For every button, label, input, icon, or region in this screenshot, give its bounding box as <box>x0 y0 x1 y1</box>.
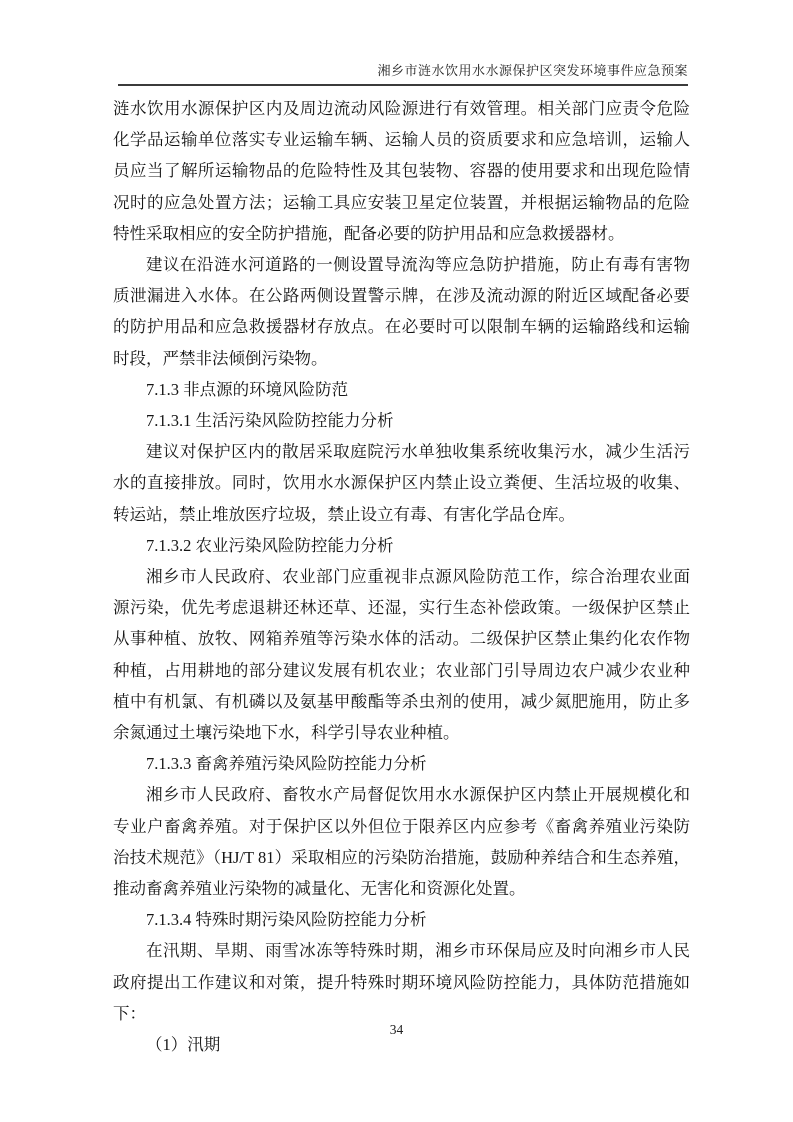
section-heading: 7.1.3 非点源的环境风险防范 <box>113 374 690 405</box>
paragraph: 在汛期、旱期、雨雪冰冻等特殊时期，湘乡市环保局应及时向湘乡市人民政府提出工作建议… <box>113 935 690 1029</box>
section-heading: 7.1.3.3 畜禽养殖污染风险防控能力分析 <box>113 748 690 779</box>
paragraph: 建议在沿涟水河道路的一侧设置导流沟等应急防护措施，防止有毒有害物质泄漏进入水体。… <box>113 249 690 374</box>
paragraph: 湘乡市人民政府、畜牧水产局督促饮用水水源保护区内禁止开展规模化和专业户畜禽养殖。… <box>113 779 690 904</box>
paragraph: 涟水饮用水源保护区内及周边流动风险源进行有效管理。相关部门应责令危险化学品运输单… <box>113 93 690 249</box>
section-heading: 7.1.3.1 生活污染风险防控能力分析 <box>113 405 690 436</box>
paragraph: 湘乡市人民政府、农业部门应重视非点源风险防范工作，综合治理农业面源污染，优先考虑… <box>113 561 690 748</box>
paragraph: 建议对保护区内的散居采取庭院污水单独收集系统收集污水，减少生活污水的直接排放。同… <box>113 436 690 530</box>
running-header: 湘乡市涟水饮用水水源保护区突发环境事件应急预案 <box>118 60 688 86</box>
document-page: 湘乡市涟水饮用水水源保护区突发环境事件应急预案 涟水饮用水源保护区内及周边流动风… <box>0 0 793 1122</box>
section-heading: 7.1.3.2 农业污染风险防控能力分析 <box>113 530 690 561</box>
section-heading: 7.1.3.4 特殊时期污染风险防控能力分析 <box>113 904 690 935</box>
document-body: 涟水饮用水源保护区内及周边流动风险源进行有效管理。相关部门应责令危险化学品运输单… <box>113 93 690 1060</box>
page-number: 34 <box>0 1022 793 1038</box>
